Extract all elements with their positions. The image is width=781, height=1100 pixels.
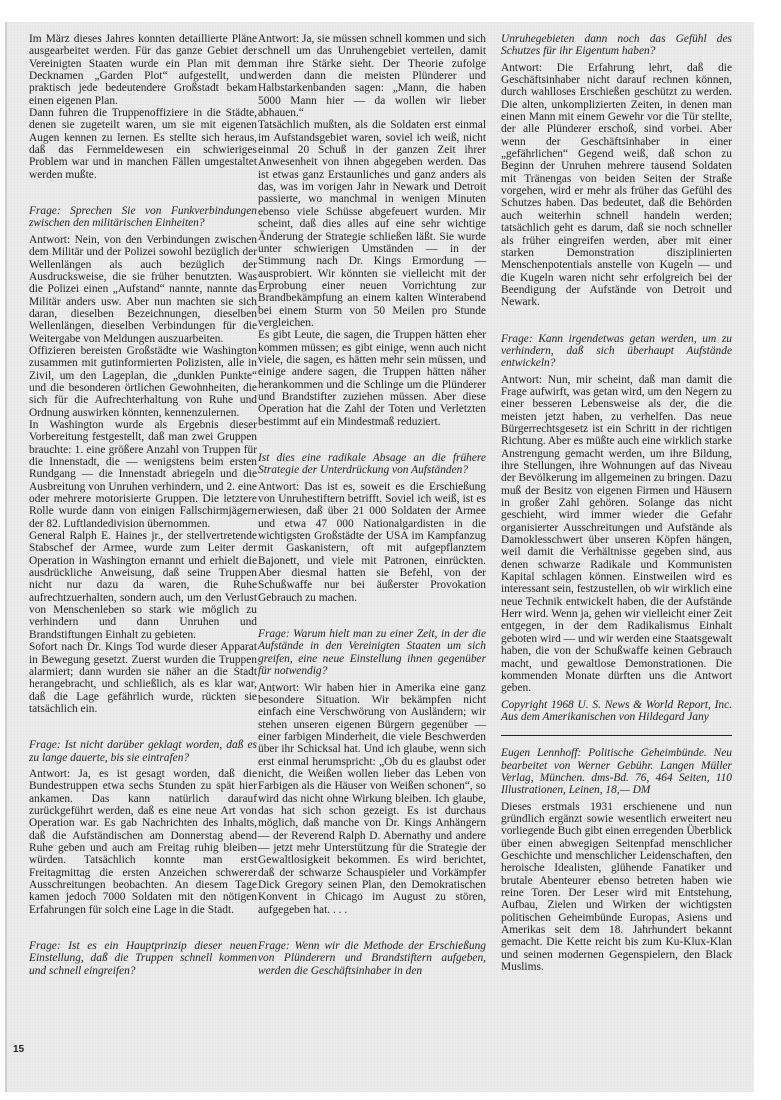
interview-answer: Antwort: Ja, es ist gesagt worden, daß d… [29,768,257,916]
interview-answer: Antwort: Nein, von den Verbindungen zwis… [29,234,257,345]
paragraph: Offizieren bereisten Großstädte wie Wash… [29,345,257,419]
book-review-body: Dieses erstmals 1931 erschienene und nun… [501,801,732,974]
column-3: Unruhegebieten dann noch das Gefühl des … [501,33,732,973]
interview-question-continued: Unruhegebieten dann noch das Gefühl des … [501,33,732,58]
page-number: 15 [13,1044,24,1055]
interview-answer: Antwort: Die Erfahrung lehrt, daß die Ge… [501,62,732,309]
paragraph: Tatsächlich mußten, als die Soldaten ers… [258,119,486,329]
paragraph: Im März dieses Jahres konnten detaillier… [29,33,257,107]
interview-question: Frage: Ist es ein Hauptprinzip dieser ne… [29,940,257,977]
interview-answer: Antwort: Ja, sie müssen schnell kommen u… [258,33,486,119]
interview-question: Frage: Warum hielt man zu einer Zeit, in… [258,628,486,677]
section-divider [501,735,732,736]
interview-answer: Antwort: Wir haben hier in Amerika eine … [258,682,486,917]
interview-question: Frage: Sprechen Sie von Funkverbindungen… [29,205,257,230]
paragraph: Dann fuhren die Truppenoffiziere in die … [29,107,257,181]
scanned-page: Im März dieses Jahres konnten detaillier… [5,22,754,1092]
copyright-note: Copyright 1968 U. S. News & World Report… [501,699,732,724]
paragraph: General Ralph E. Haines jr., der stellve… [29,530,257,641]
interview-question: Frage: Wenn wir die Methode der Erschieß… [258,940,486,977]
book-review-heading: Eugen Lennhoff: Politische Geheimbünde. … [501,747,732,796]
interview-answer: Antwort: Nun, mir scheint, daß man damit… [501,374,732,695]
paragraph: In Washington wurde als Ergebnis dieser … [29,419,257,530]
interview-question: Frage: Ist nicht darüber geklagt worden,… [29,739,257,764]
column-1: Im März dieses Jahres konnten detaillier… [29,33,257,981]
interview-question: Frage: Kann irgendetwas getan werden, um… [501,333,732,370]
paragraph: Sofort nach Dr. Kings Tod wurde dieser A… [29,641,257,715]
interview-question: Ist dies eine radikale Absage an die frü… [258,452,486,477]
paragraph: Es gibt Leute, die sagen, die Truppen hä… [258,329,486,428]
column-2: Antwort: Ja, sie müssen schnell kommen u… [258,33,486,981]
interview-answer: Antwort: Das ist es, soweit es die Ersch… [258,481,486,604]
